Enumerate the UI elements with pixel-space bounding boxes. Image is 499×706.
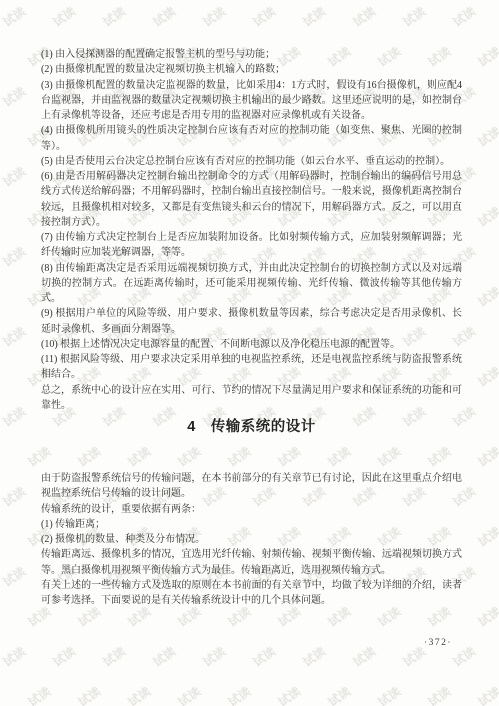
watermark-text: 试读: [374, 683, 403, 706]
watermark-text: 试读: [74, 683, 103, 706]
watermark-text: 试读: [349, 643, 378, 671]
list-item-1: (1) 由入侵探测器的配置确定报警主机的型号与功能；: [41, 47, 462, 62]
watermark-text: 试读: [149, 643, 178, 671]
watermark-text: 试读: [399, 3, 428, 31]
watermark-text: 试读: [0, 243, 29, 271]
book-page: 试读试读试读试读试读试读试读试读试读试读试读试读试读试读试读试读试读试读试读试读…: [0, 0, 499, 706]
watermark-text: 试读: [424, 683, 453, 706]
watermark-text: 试读: [49, 3, 78, 31]
list-item-7: (7) 由传输方式决定控制台上是否应加装附加设备。比如射频传输方式，应加装射频解…: [41, 230, 462, 261]
section-list-item-1: (1) 传输距离；: [41, 517, 462, 532]
section-paragraph-2: 传输系统的设计，重要依据有两条：: [41, 502, 462, 517]
list-item-10: (10) 根据上述情况决定电源容量的配置、不间断电源以及净化稳压电源的配置等。: [41, 337, 462, 352]
watermark-text: 试读: [0, 643, 29, 671]
design-points-list: (1) 由入侵探测器的配置确定报警主机的型号与功能； (2) 由摄像机配置的数量…: [41, 47, 462, 413]
watermark-text: 试读: [174, 683, 203, 706]
watermark-text: 试读: [0, 323, 29, 351]
watermark-text: 试读: [149, 3, 178, 31]
watermark-text: 试读: [0, 83, 29, 111]
section-paragraph-3: 传输距离远、摄像机多的情况，宜选用光纤传输、射频传输、视频平衡传输、远端视频切换…: [41, 547, 462, 578]
watermark-text: 试读: [474, 683, 499, 706]
watermark-text: 试读: [474, 523, 499, 551]
list-item-6: (6) 由是否用解码器决定控制台输出控制命令的方式（用解码器时，控制台输出的编码…: [41, 169, 462, 230]
summary-paragraph: 总之，系统中心的设计应在实用、可行、节约的情况下尽量满足用户要求和保证系统的功能…: [41, 383, 462, 414]
list-item-3: (3) 由摄像机配置的数量决定监视器的数量，比如采用4：1方式时，假设有16台摄…: [41, 78, 462, 124]
page-content: (1) 由入侵探测器的配置确定报警主机的型号与功能； (2) 由摄像机配置的数量…: [41, 47, 462, 608]
watermark-text: 试读: [274, 683, 303, 706]
watermark-text: 试读: [299, 643, 328, 671]
watermark-text: 试读: [0, 563, 29, 591]
list-item-4: (4) 由摄像机所用镜头的性质决定控制台应该有否对应的控制功能（如变焦、聚焦、光…: [41, 123, 462, 154]
watermark-text: 试读: [324, 683, 353, 706]
watermark-text: 试读: [474, 363, 499, 391]
watermark-text: 试读: [474, 443, 499, 471]
watermark-text: 试读: [0, 163, 29, 191]
section-paragraph-4: 有关上述的一些传输方式及选取的原则在本书前面的有关章节中，均做了较为详细的介绍，…: [41, 578, 462, 609]
watermark-text: 试读: [124, 683, 153, 706]
watermark-text: 试读: [49, 643, 78, 671]
watermark-text: 试读: [474, 43, 499, 71]
watermark-text: 试读: [0, 483, 29, 511]
page-number: ·372·: [424, 638, 452, 648]
watermark-text: 试读: [0, 3, 29, 31]
list-item-8: (8) 由传输距离决定是否采用远端视频切换方式，并由此决定控制台的切换控制方式以…: [41, 261, 462, 307]
watermark-text: 试读: [449, 3, 478, 31]
list-item-11: (11) 根据风险等级、用户要求决定采用单独的电视监控系统，还是电视监控系统与防…: [41, 352, 462, 383]
transmission-design-section: 由于防盗报警系统信号的传输问题，在本书前部分的有关章节已有讨论，因此在这里重点介…: [41, 471, 462, 608]
watermark-text: 试读: [199, 643, 228, 671]
watermark-text: 试读: [249, 3, 278, 31]
section-list-item-2: (2) 摄像机的数量、种类及分布情况。: [41, 532, 462, 547]
watermark-text: 试读: [474, 123, 499, 151]
watermark-text: 试读: [24, 683, 53, 706]
watermark-text: 试读: [349, 3, 378, 31]
section-paragraph-1: 由于防盗报警系统信号的传输问题，在本书前部分的有关章节已有讨论，因此在这里重点介…: [41, 471, 462, 502]
watermark-text: 试读: [474, 603, 499, 631]
watermark-text: 试读: [99, 3, 128, 31]
watermark-text: 试读: [449, 643, 478, 671]
list-item-2: (2) 由摄像机配置的数量决定视频切换主机输入的路数；: [41, 62, 462, 77]
watermark-text: 试读: [249, 643, 278, 671]
watermark-text: 试读: [474, 203, 499, 231]
list-item-5: (5) 由是否使用云台决定总控制台应该有否对应的控制功能（如云台水平、垂直运动的…: [41, 154, 462, 169]
watermark-text: 试读: [224, 683, 253, 706]
watermark-text: 试读: [199, 3, 228, 31]
list-item-9: (9) 根据用户单位的风险等级、用户要求、摄像机数量等因素，综合考虑决定是否用录…: [41, 306, 462, 337]
watermark-text: 试读: [0, 403, 29, 431]
section-heading: 4 传输系统的设计: [41, 417, 462, 437]
watermark-text: 试读: [299, 3, 328, 31]
watermark-text: 试读: [474, 283, 499, 311]
watermark-text: 试读: [99, 643, 128, 671]
